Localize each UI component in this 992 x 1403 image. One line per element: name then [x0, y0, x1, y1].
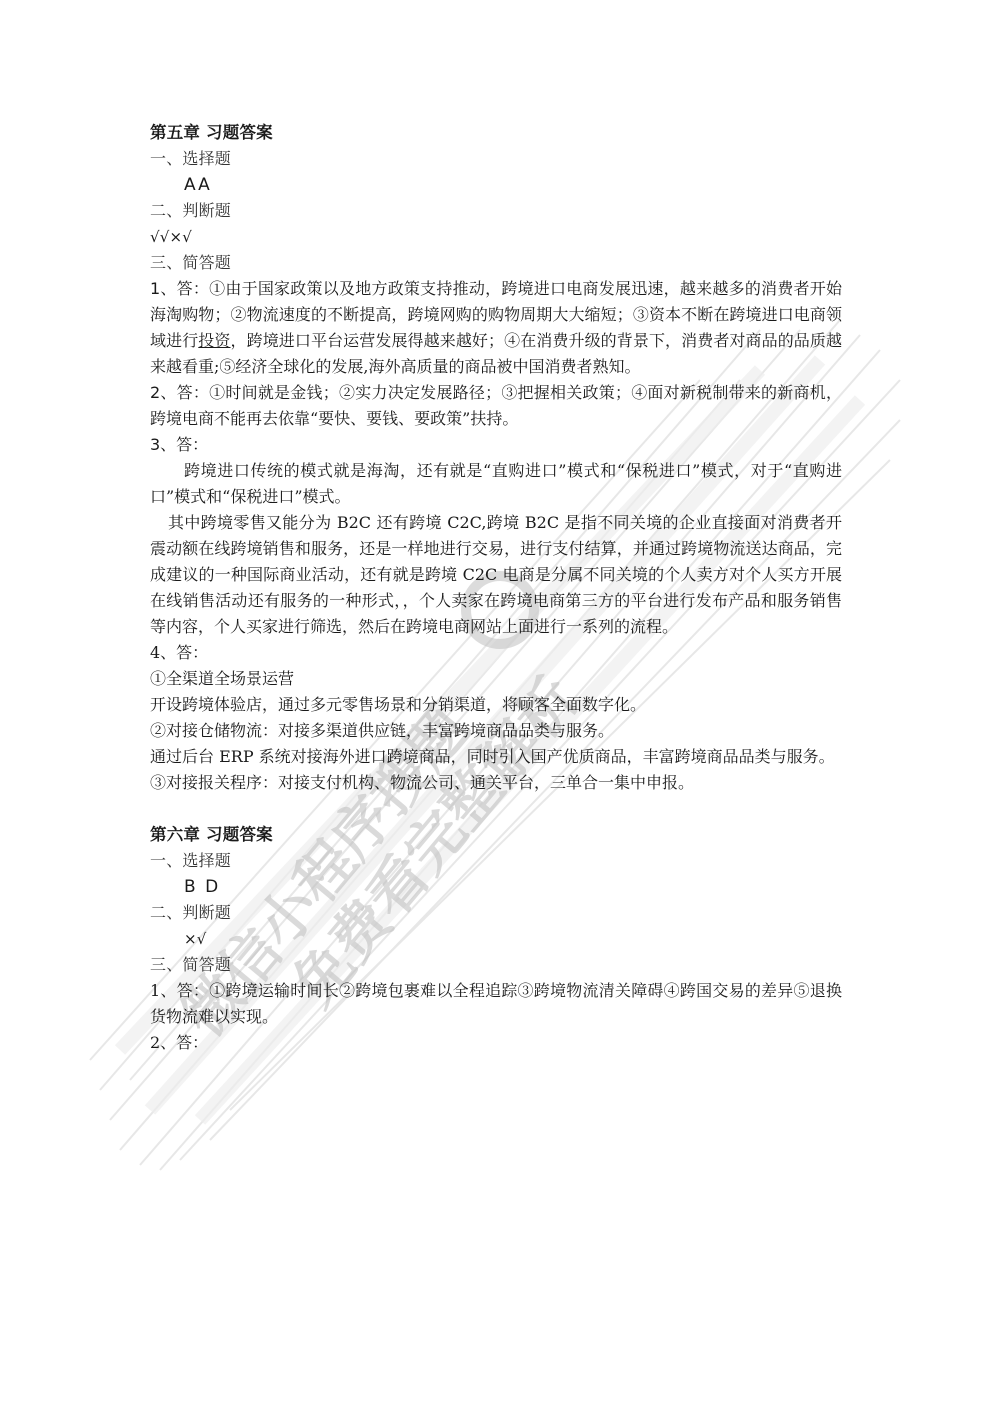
chapter6-choice-answer: B D	[150, 874, 850, 900]
chapter5-q4-item-4: 通过后台 ERP 系统对接海外进口跨境商品，同时引入国产优质商品，丰富跨境商品品…	[150, 744, 842, 770]
q1-label: 1、答：	[150, 279, 209, 298]
ch6-q1-text: ①跨境运输时间长②跨境包裹难以全程追踪③跨境物流清关障碍④跨国交易的差异⑤退换货…	[150, 981, 842, 1026]
chapter5-judge-heading: 二、判断题	[150, 198, 850, 224]
q1-underlined: 投资	[198, 331, 230, 350]
chapter5-q4-item-3: ②对接仓储物流：对接多渠道供应链，丰富跨境商品品类与服务。	[150, 718, 842, 744]
chapter5-q3-label: 3、答：	[150, 432, 842, 458]
chapter5-short-heading: 三、简答题	[150, 250, 850, 276]
chapter5-q3-para1: 跨境进口传统的模式就是海淘，还有就是“直购进口”模式和“保税进口”模式，对于“直…	[150, 458, 842, 510]
chapter5-q2-answer: 2、答：①时间就是金钱；②实力决定发展路径；③把握相关政策；④面对新税制带来的新…	[150, 380, 842, 432]
chapter5-q4-item-2: 开设跨境体验店，通过多元零售场景和分销渠道，将顾客全面数字化。	[150, 692, 842, 718]
chapter5-q3-para2: 其中跨境零售又能分为 B2C 还有跨境 C2C,跨境 B2C 是指不同关境的企业…	[150, 510, 842, 640]
chapter6-q1-answer: 1、答：①跨境运输时间长②跨境包裹难以全程追踪③跨境物流清关障碍④跨国交易的差异…	[150, 978, 842, 1030]
q2-text: ①时间就是金钱；②实力决定发展路径；③把握相关政策；④面对新税制带来的新商机，跨…	[150, 383, 842, 428]
chapter5-choice-answer: AA	[150, 172, 850, 198]
chapter5-q1-answer: 1、答：①由于国家政策以及地方政策支持推动，跨境进口电商发展迅速，越来越多的消费…	[150, 276, 842, 380]
chapter6-choice-heading: 一、选择题	[150, 848, 850, 874]
q3-label: 3、答：	[150, 435, 208, 454]
chapter6-short-heading: 三、简答题	[150, 952, 850, 978]
document-page: 第五章 习题答案 一、选择题 AA 二、判断题 √√×√ 三、简答题 1、答：①…	[150, 120, 850, 1056]
chapter5-q4-item-5: ③对接报关程序：对接支付机构、物流公司、通关平台，三单合一集中申报。	[150, 770, 842, 796]
chapter6-title: 第六章 习题答案	[150, 822, 850, 848]
q1-text-b: ，跨境进口平台运营发展得越来越好；④在消费升级的背景下，消费者对商品的品质越来越…	[150, 331, 842, 376]
chapter5-title: 第五章 习题答案	[150, 120, 850, 146]
chapter5-q4-item-1: ①全渠道全场景运营	[150, 666, 842, 692]
chapter5-choice-heading: 一、选择题	[150, 146, 850, 172]
chapter6-q2-label: 2、答：	[150, 1030, 842, 1056]
chapter6-judge-answer: ×√	[150, 926, 850, 952]
q2-label: 2、答：	[150, 383, 209, 402]
chapter6-judge-heading: 二、判断题	[150, 900, 850, 926]
chapter5-q4-label: 4、答：	[150, 640, 842, 666]
ch6-q1-label: 1、答：	[150, 981, 209, 1000]
chapter5-judge-answer: √√×√	[150, 224, 850, 250]
